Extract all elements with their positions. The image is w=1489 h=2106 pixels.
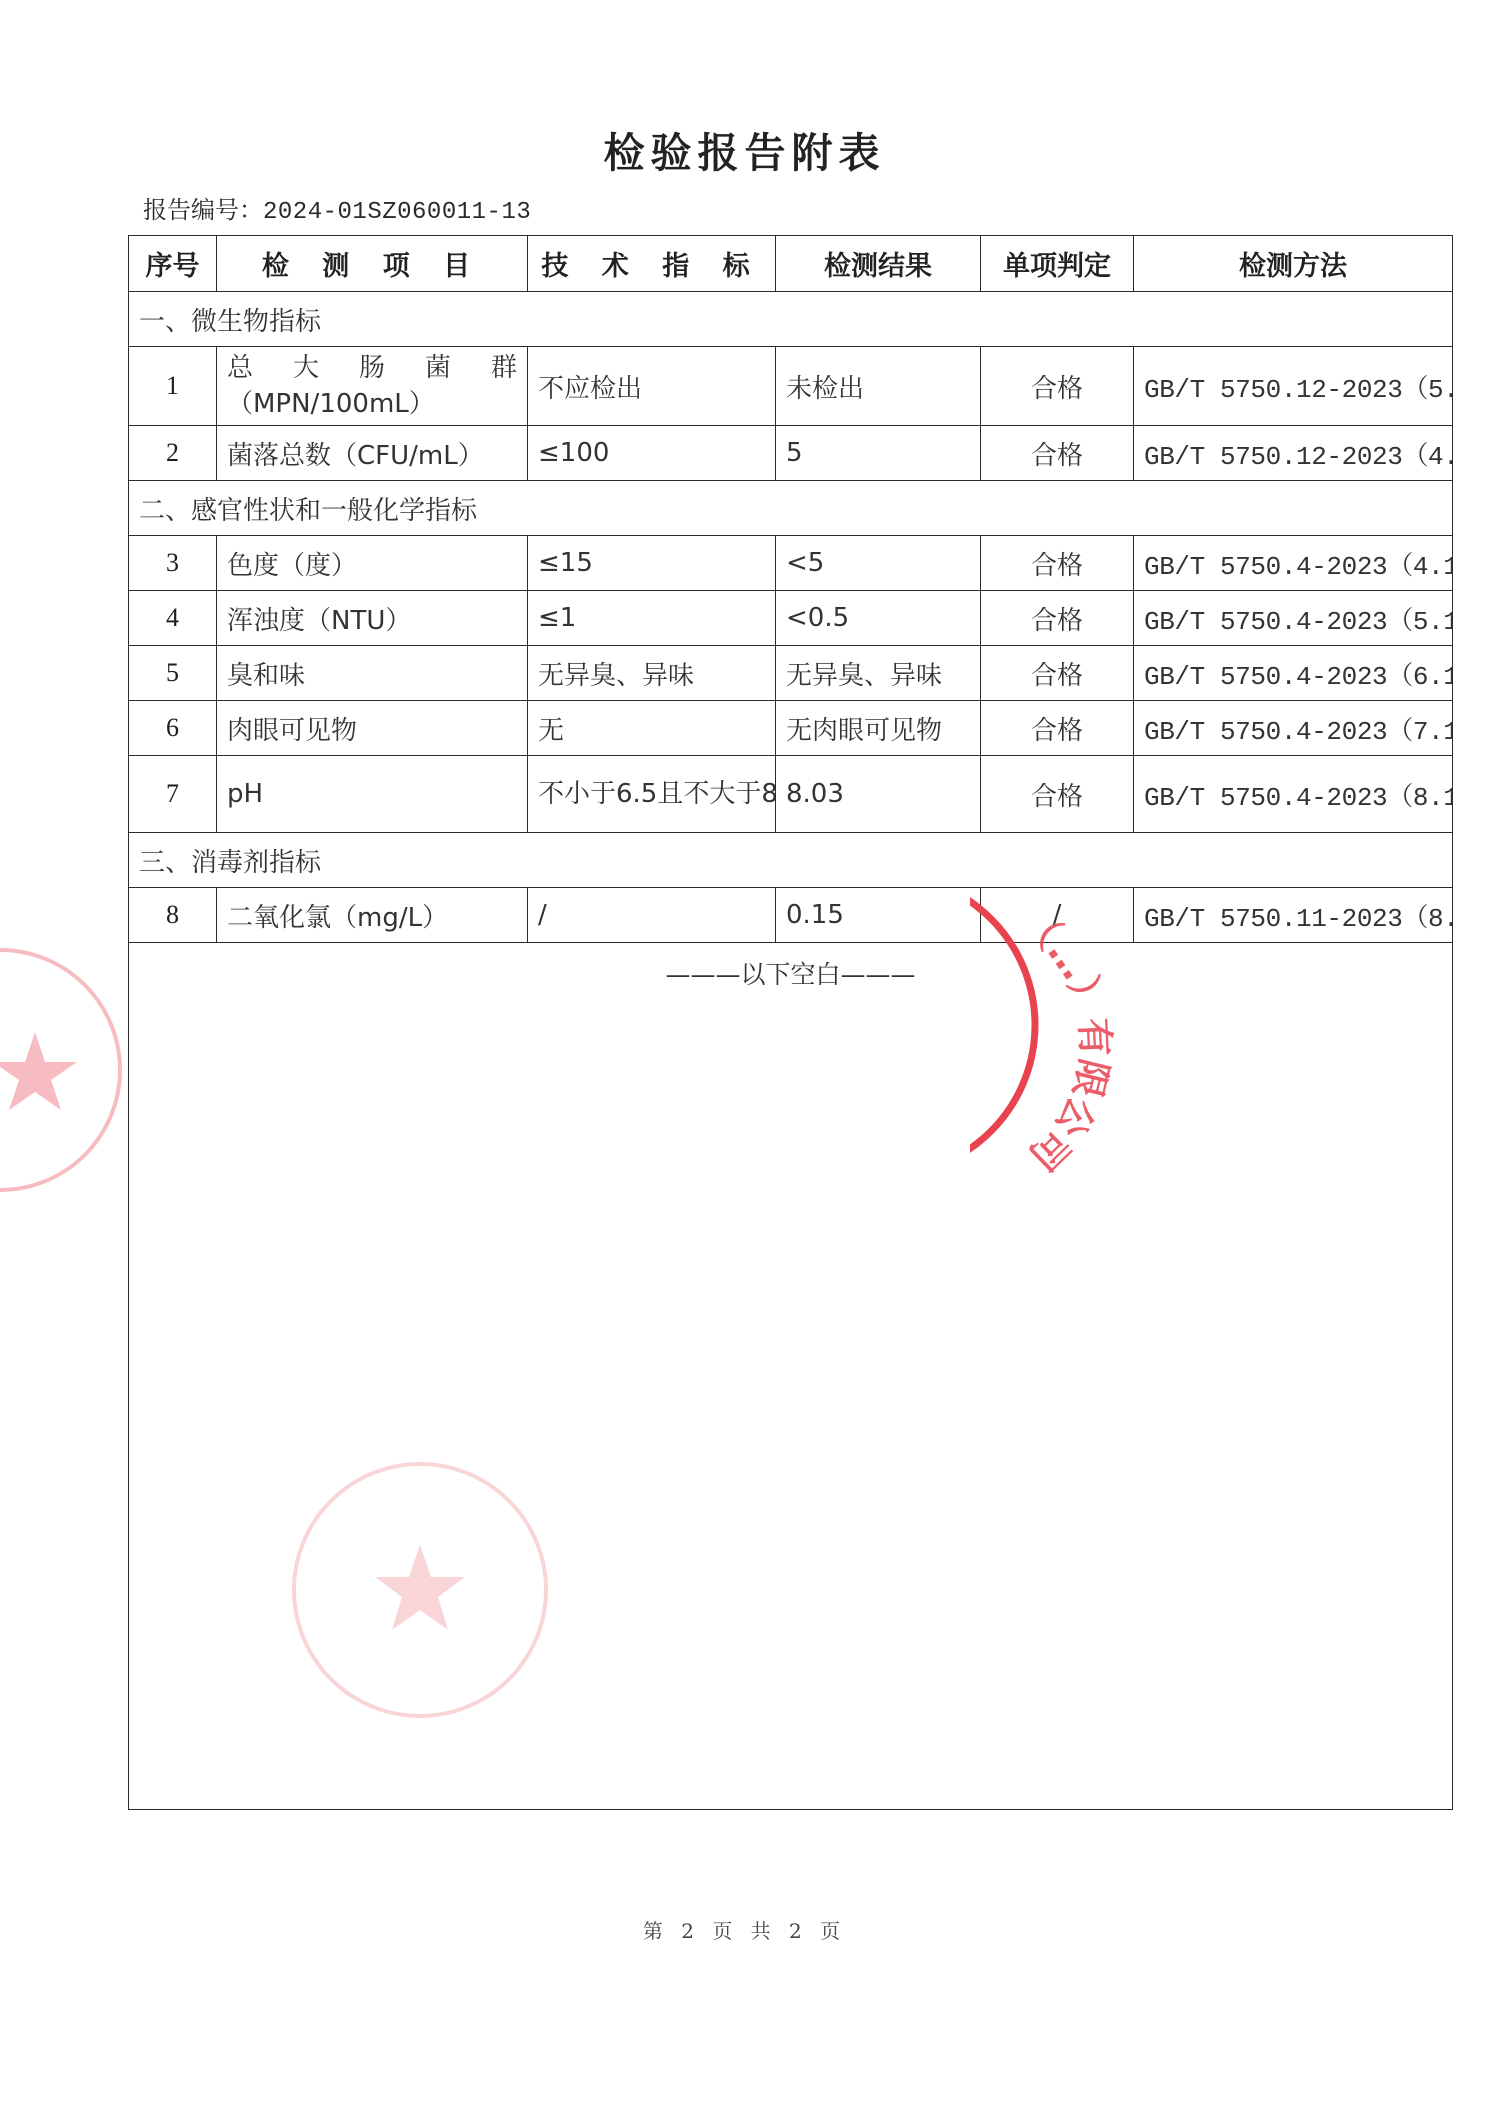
table-row: 4 浑浊度（NTU） ≤1 <0.5 合格 GB/T 5750.4-2023（5…: [129, 591, 1453, 646]
cell-no: 4: [129, 591, 217, 646]
section-title: 一、微生物指标: [129, 292, 1453, 347]
section-title: 二、感官性状和一般化学指标: [129, 481, 1453, 536]
cell-method: GB/T 5750.4-2023（5.1）: [1134, 591, 1453, 646]
star-icon: [0, 1032, 77, 1110]
cell-spec: ≤1: [528, 591, 776, 646]
report-number-value: 2024-01SZ060011-13: [263, 199, 531, 226]
cell-method: GB/T 5750.4-2023（7.1）: [1134, 701, 1453, 756]
cell-judgement: /: [981, 888, 1134, 943]
cell-spec: 无: [528, 701, 776, 756]
cell-spec: 不小于6.5且不大于8.5: [528, 756, 776, 833]
cell-method: GB/T 5750.11-2023（8.4）: [1134, 888, 1453, 943]
cell-result: 无异臭、异味: [776, 646, 981, 701]
report-number-label: 报告编号：: [143, 196, 263, 224]
cell-judgement: 合格: [981, 347, 1134, 426]
cell-result: 无肉眼可见物: [776, 701, 981, 756]
cell-spec: /: [528, 888, 776, 943]
section-row: 三、消毒剂指标: [129, 833, 1453, 888]
cell-result: 5: [776, 426, 981, 481]
cell-item: 肉眼可见物: [217, 701, 528, 756]
cell-item: 色度（度）: [217, 536, 528, 591]
page-number-footer: 第 2 页 共 2 页: [0, 1915, 1489, 1944]
section-row: 一、微生物指标: [129, 292, 1453, 347]
cell-spec: 不应检出: [528, 347, 776, 426]
cell-no: 7: [129, 756, 217, 833]
cell-item: 臭和味: [217, 646, 528, 701]
section-title: 三、消毒剂指标: [129, 833, 1453, 888]
cell-judgement: 合格: [981, 756, 1134, 833]
document-title: 检验报告附表: [0, 120, 1489, 179]
report-number: 报告编号：2024-01SZ060011-13: [143, 190, 531, 226]
cell-item: 浑浊度（NTU）: [217, 591, 528, 646]
table-row: 1 总 大 肠 菌 群 （MPN/100mL） 不应检出 未检出 合格 GB/T…: [129, 347, 1453, 426]
cell-item: 二氧化氯（mg/L）: [217, 888, 528, 943]
faint-seal-stamp-left: [0, 920, 130, 1220]
cell-no: 3: [129, 536, 217, 591]
cell-item: 菌落总数（CFU/mL）: [217, 426, 528, 481]
cell-result: 0.15: [776, 888, 981, 943]
cell-no: 8: [129, 888, 217, 943]
cell-judgement: 合格: [981, 426, 1134, 481]
cell-result: <5: [776, 536, 981, 591]
table-row: 6 肉眼可见物 无 无肉眼可见物 合格 GB/T 5750.4-2023（7.1…: [129, 701, 1453, 756]
header-judgement: 单项判定: [981, 236, 1134, 292]
cell-method: GB/T 5750.4-2023（8.1）: [1134, 756, 1453, 833]
item-sub-text: （MPN/100mL）: [227, 386, 517, 422]
header-method: 检测方法: [1134, 236, 1453, 292]
header-spec: 技 术 指 标: [528, 236, 776, 292]
cell-spec: ≤15: [528, 536, 776, 591]
item-main-text: 总 大 肠 菌 群: [227, 350, 517, 386]
cell-spec: ≤100: [528, 426, 776, 481]
table-row: 3 色度（度） ≤15 <5 合格 GB/T 5750.4-2023（4.1）: [129, 536, 1453, 591]
cell-result: 8.03: [776, 756, 981, 833]
table-row: 8 二氧化氯（mg/L） / 0.15 / GB/T 5750.11-2023（…: [129, 888, 1453, 943]
blank-area-row: ———以下空白———: [129, 943, 1453, 1810]
blank-below-note: ———以下空白———: [665, 955, 915, 991]
cell-result: <0.5: [776, 591, 981, 646]
inspection-results-table: 序号 检 测 项 目 技 术 指 标 检测结果 单项判定 检测方法 一、微生物指…: [128, 235, 1453, 1810]
cell-judgement: 合格: [981, 701, 1134, 756]
cell-item: pH: [217, 756, 528, 833]
cell-item: 总 大 肠 菌 群 （MPN/100mL）: [217, 347, 528, 426]
table-header-row: 序号 检 测 项 目 技 术 指 标 检测结果 单项判定 检测方法: [129, 236, 1453, 292]
cell-judgement: 合格: [981, 646, 1134, 701]
header-result: 检测结果: [776, 236, 981, 292]
table-row: 7 pH 不小于6.5且不大于8.5 8.03 合格 GB/T 5750.4-2…: [129, 756, 1453, 833]
cell-spec: 无异臭、异味: [528, 646, 776, 701]
table-row: 5 臭和味 无异臭、异味 无异臭、异味 合格 GB/T 5750.4-2023（…: [129, 646, 1453, 701]
cell-judgement: 合格: [981, 536, 1134, 591]
header-no: 序号: [129, 236, 217, 292]
cell-no: 2: [129, 426, 217, 481]
cell-method: GB/T 5750.4-2023（4.1）: [1134, 536, 1453, 591]
cell-no: 1: [129, 347, 217, 426]
header-item: 检 测 项 目: [217, 236, 528, 292]
cell-judgement: 合格: [981, 591, 1134, 646]
cell-method: GB/T 5750.4-2023（6.1）: [1134, 646, 1453, 701]
cell-no: 5: [129, 646, 217, 701]
cell-no: 6: [129, 701, 217, 756]
table-row: 2 菌落总数（CFU/mL） ≤100 5 合格 GB/T 5750.12-20…: [129, 426, 1453, 481]
cell-result: 未检出: [776, 347, 981, 426]
cell-method: GB/T 5750.12-2023（5.1）: [1134, 347, 1453, 426]
section-row: 二、感官性状和一般化学指标: [129, 481, 1453, 536]
blank-area: ———以下空白———: [129, 943, 1453, 1810]
cell-method: GB/T 5750.12-2023（4.1）: [1134, 426, 1453, 481]
